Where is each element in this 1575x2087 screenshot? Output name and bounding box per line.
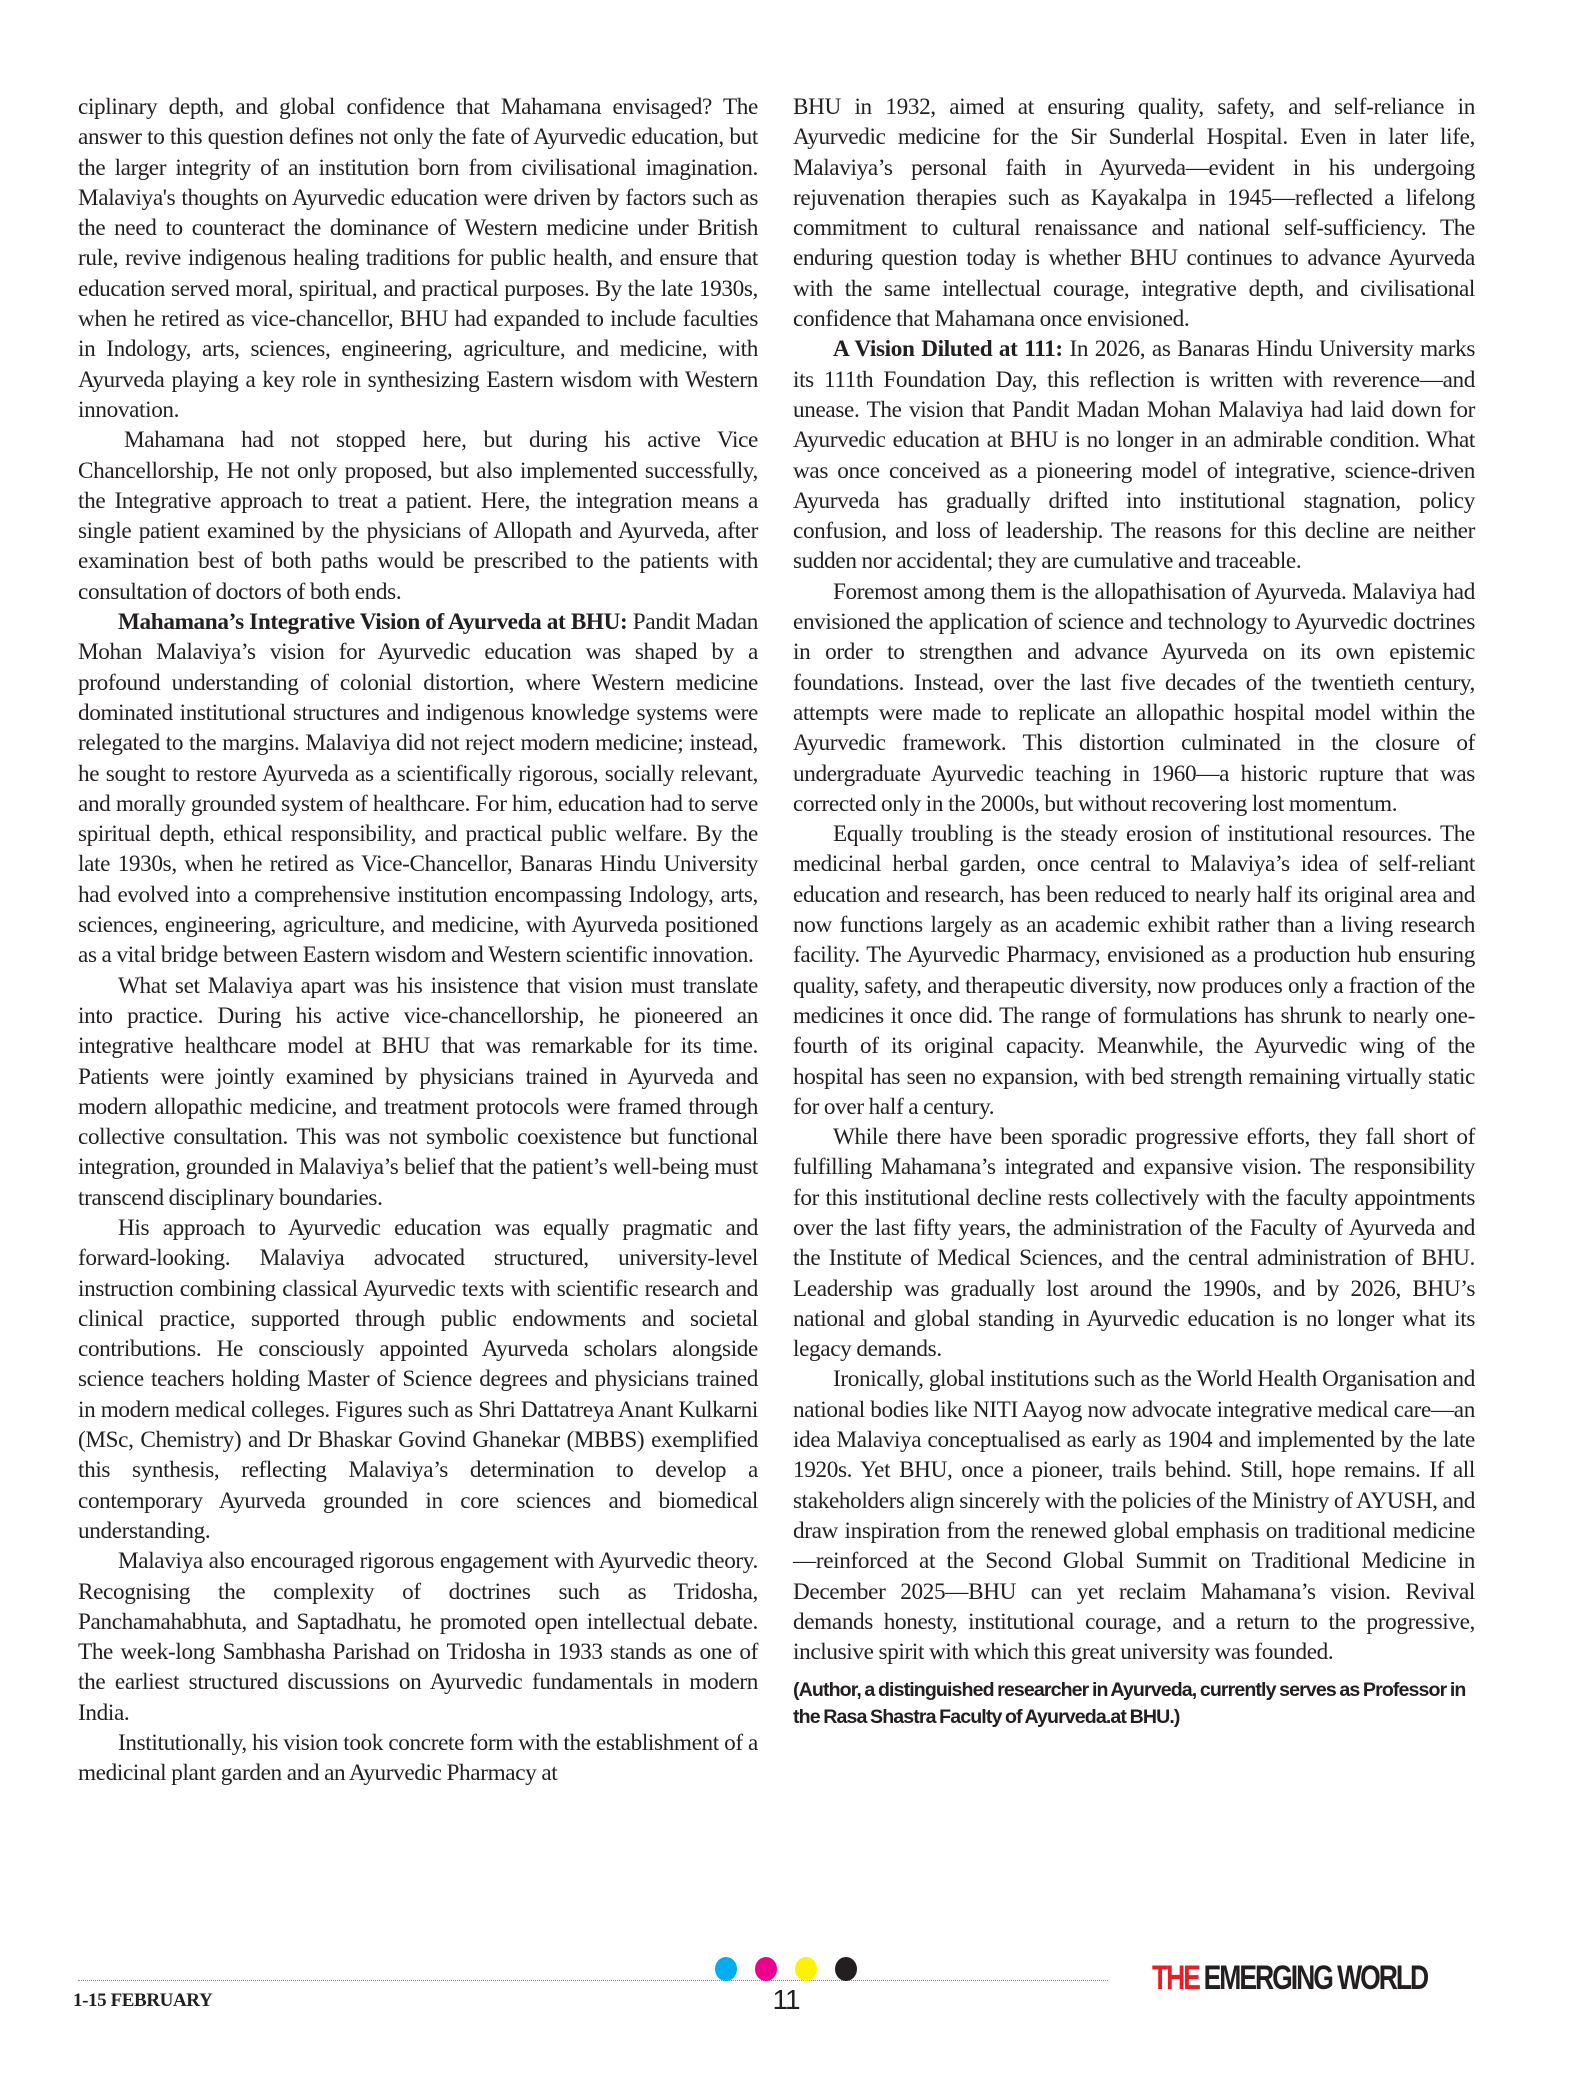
logo-name: EMERGING WORLD (1204, 1959, 1428, 1997)
issue-date: 1-15 FEBRUARY (73, 1990, 212, 2012)
footer-divider (78, 1980, 1108, 1981)
section-heading: A Vision Diluted at 111: (833, 336, 1063, 362)
page-number: 11 (766, 1984, 806, 2016)
paragraph: Malaviya also encouraged rigorous engage… (78, 1546, 758, 1728)
yellow-registration-dot-icon (795, 1957, 817, 1981)
paragraph: Mahamana had not stopped here, but durin… (78, 425, 758, 607)
paragraph: Ironically, global institutions such as … (793, 1364, 1475, 1667)
article-left-column: ciplinary depth, and global confidence t… (78, 92, 758, 1789)
paragraph: Institutionally, his vision took concret… (78, 1728, 758, 1789)
paragraph: BHU in 1932, aimed at ensuring quality, … (793, 92, 1475, 334)
author-note: (Author, a distinguished researcher in A… (793, 1677, 1475, 1731)
publication-logo: THEEMERGING WORLD (1152, 1960, 1427, 1996)
paragraph: Equally troubling is the steady erosion … (793, 819, 1475, 1122)
logo-prefix: THE (1152, 1959, 1199, 1997)
cyan-registration-dot-icon (715, 1957, 737, 1981)
paragraph: A Vision Diluted at 111: In 2026, as Ban… (793, 334, 1475, 576)
black-registration-dot-icon (835, 1957, 857, 1981)
paragraph: Mahamana’s Integrative Vision of Ayurved… (78, 607, 758, 971)
paragraph: ciplinary depth, and global confidence t… (78, 92, 758, 425)
paragraph-body: In 2026, as Banaras Hindu University mar… (793, 336, 1475, 574)
paragraph: His approach to Ayurvedic education was … (78, 1213, 758, 1546)
paragraph-body: Pandit Madan Mohan Malaviya’s vision for… (78, 609, 758, 968)
magenta-registration-dot-icon (755, 1957, 777, 1981)
section-heading: Mahamana’s Integrative Vision of Ayurved… (118, 609, 627, 635)
paragraph: Foremost among them is the allopathisati… (793, 577, 1475, 819)
paragraph: While there have been sporadic progressi… (793, 1122, 1475, 1364)
article-right-column: BHU in 1932, aimed at ensuring quality, … (793, 92, 1475, 1731)
paragraph: What set Malaviya apart was his insisten… (78, 971, 758, 1213)
